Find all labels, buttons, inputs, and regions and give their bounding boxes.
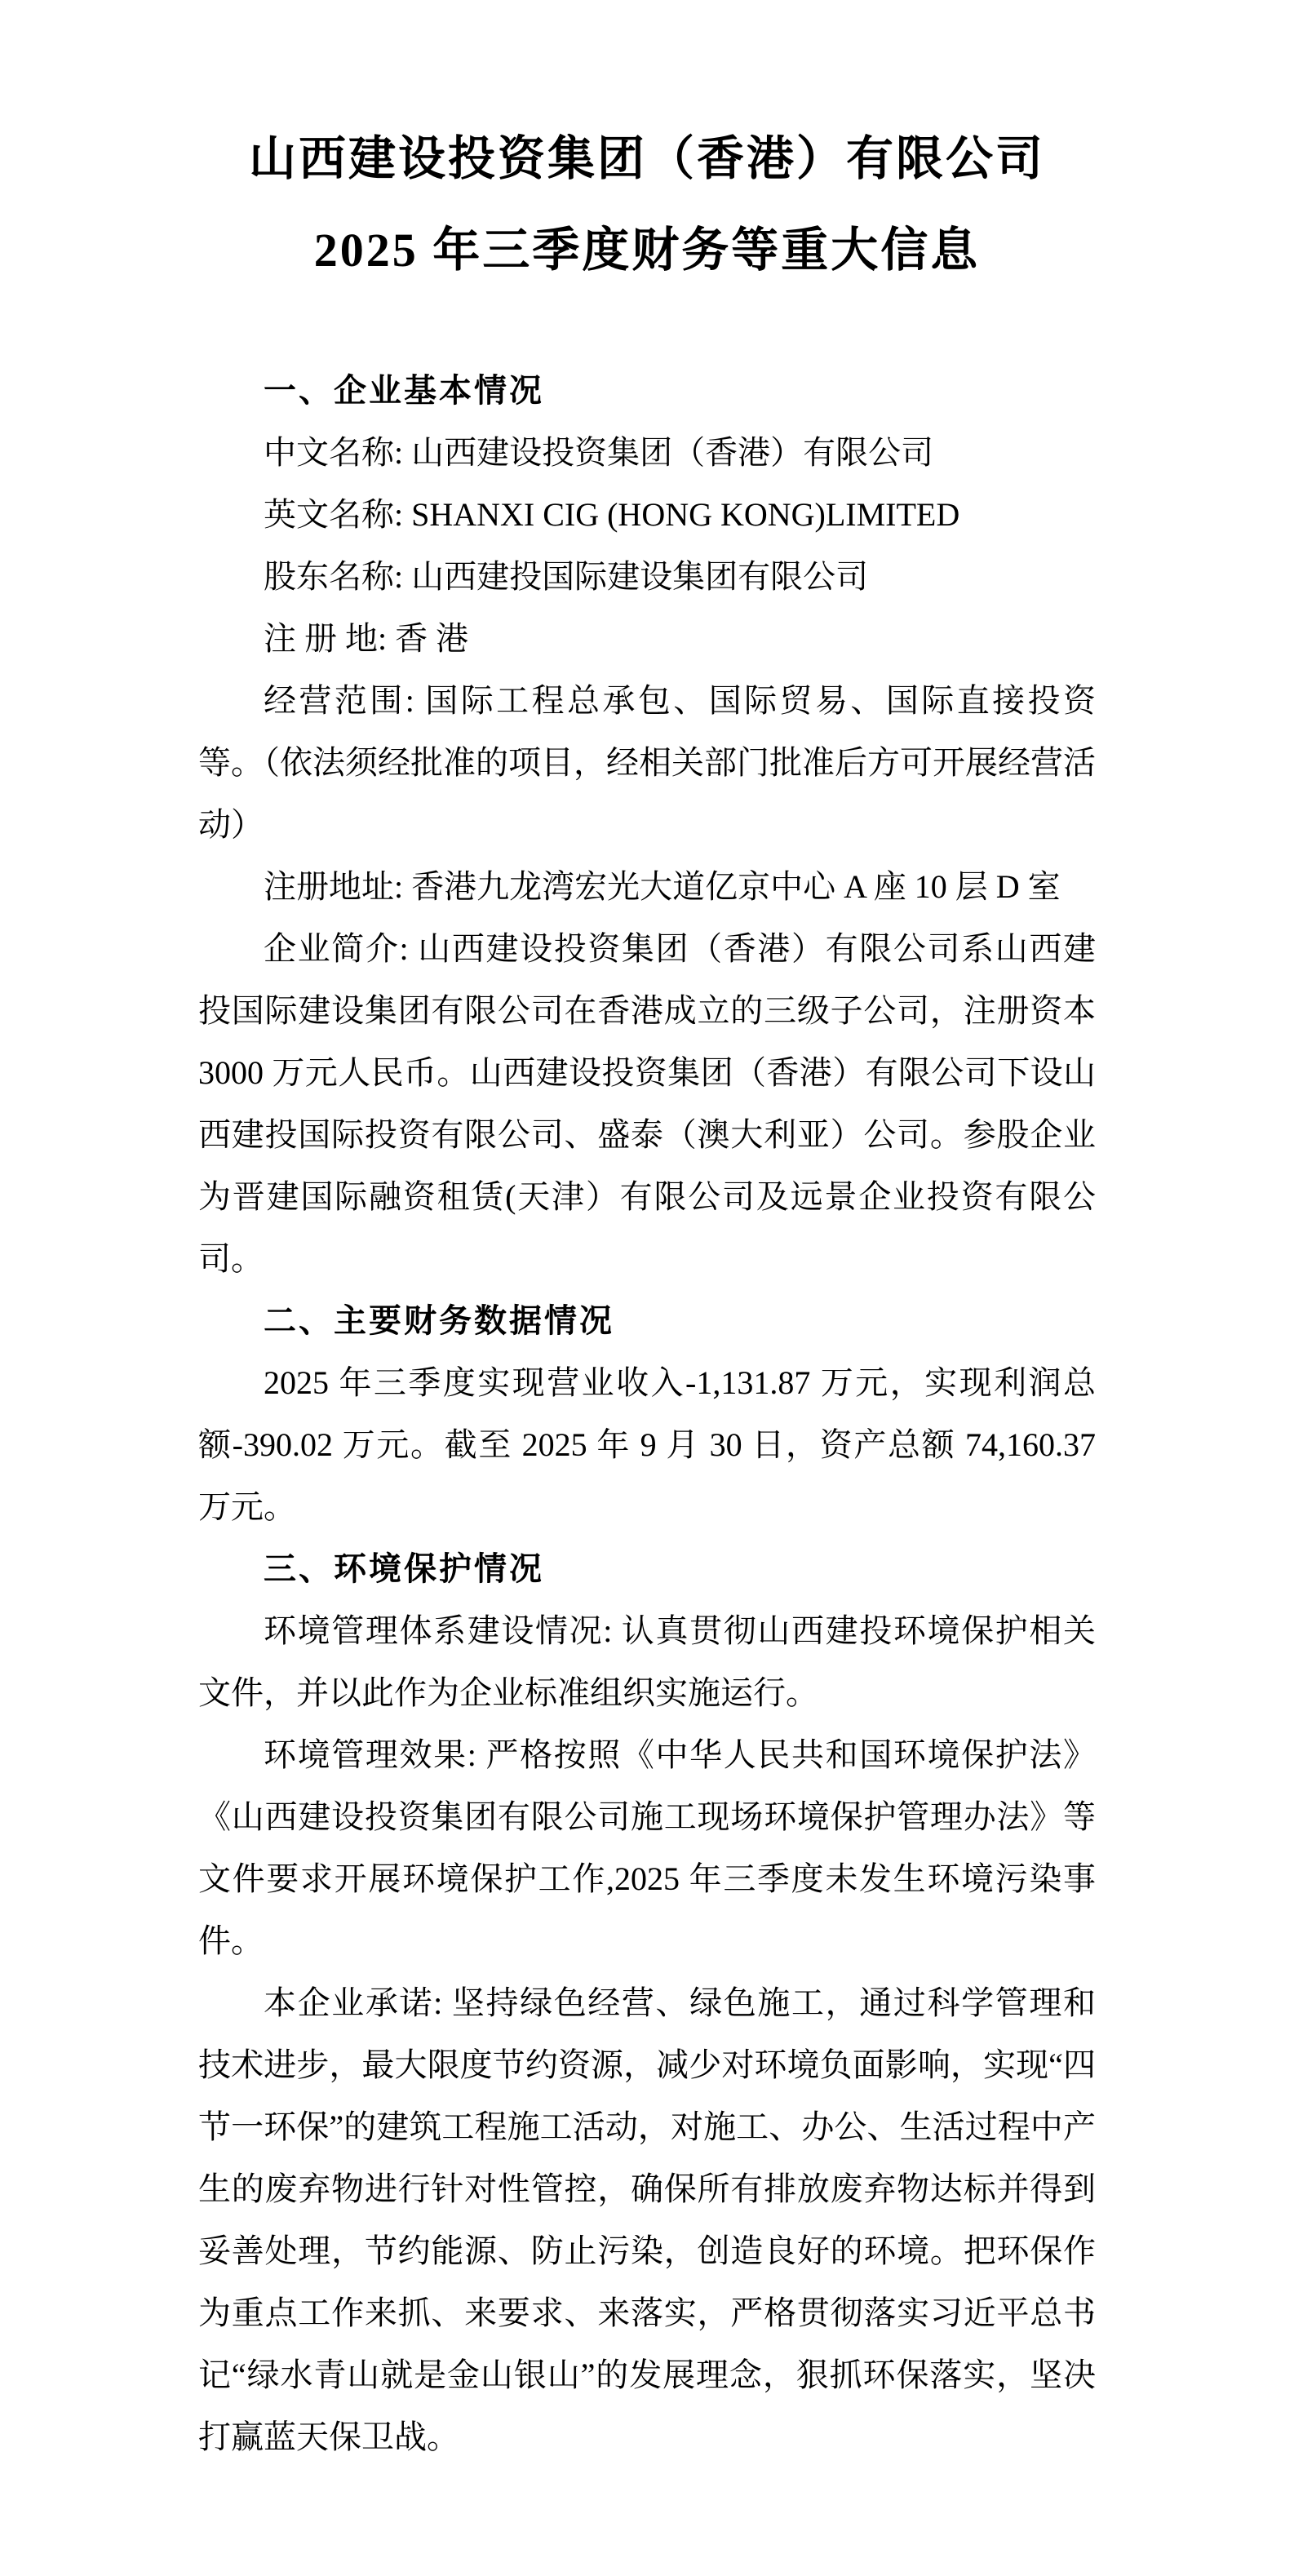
paragraph-registered-address: 注册地址: 香港九龙湾宏光大道亿京中心 A 座 10 层 D 室 bbox=[198, 856, 1096, 918]
paragraph-shareholder-name: 股东名称: 山西建投国际建设集团有限公司 bbox=[198, 546, 1096, 608]
title-line-1: 山西建设投资集团（香港）有限公司 bbox=[0, 113, 1294, 205]
paragraph-business-scope: 经营范围: 国际工程总承包、国际贸易、国际直接投资等。（依法须经批准的项目，经相… bbox=[198, 670, 1096, 856]
paragraph-financial-figures: 2025 年三季度实现营业收入-1,131.87 万元，实现利润总额-390.0… bbox=[198, 1352, 1096, 1538]
paragraph-registration-place: 注 册 地: 香 港 bbox=[198, 608, 1096, 670]
section-heading-environment: 三、环境保护情况 bbox=[198, 1538, 1096, 1600]
paragraph-env-management-system: 环境管理体系建设情况: 认真贯彻山西建投环境保护相关文件，并以此作为企业标准组织… bbox=[198, 1600, 1096, 1724]
document-body: 一、企业基本情况 中文名称: 山西建设投资集团（香港）有限公司 英文名称: SH… bbox=[198, 360, 1096, 2468]
section-heading-financial-data: 二、主要财务数据情况 bbox=[198, 1290, 1096, 1352]
title-line-2: 2025 年三季度财务等重大信息 bbox=[0, 205, 1294, 296]
document-title: 山西建设投资集团（香港）有限公司 2025 年三季度财务等重大信息 bbox=[0, 32, 1294, 296]
paragraph-env-management-effect: 环境管理效果: 严格按照《中华人民共和国环境保护法》《山西建设投资集团有限公司施… bbox=[198, 1724, 1096, 1972]
paragraph-chinese-name: 中文名称: 山西建设投资集团（香港）有限公司 bbox=[198, 422, 1096, 484]
paragraph-company-profile: 企业简介: 山西建设投资集团（香港）有限公司系山西建投国际建设集团有限公司在香港… bbox=[198, 918, 1096, 1290]
section-heading-basic-info: 一、企业基本情况 bbox=[198, 360, 1096, 422]
paragraph-english-name: 英文名称: SHANXI CIG (HONG KONG)LIMITED bbox=[198, 484, 1096, 546]
document-page: 山西建设投资集团（香港）有限公司 2025 年三季度财务等重大信息 一、企业基本… bbox=[0, 0, 1294, 2576]
paragraph-env-commitment: 本企业承诺: 坚持绿色经营、绿色施工，通过科学管理和技术进步，最大限度节约资源，… bbox=[198, 1972, 1096, 2468]
